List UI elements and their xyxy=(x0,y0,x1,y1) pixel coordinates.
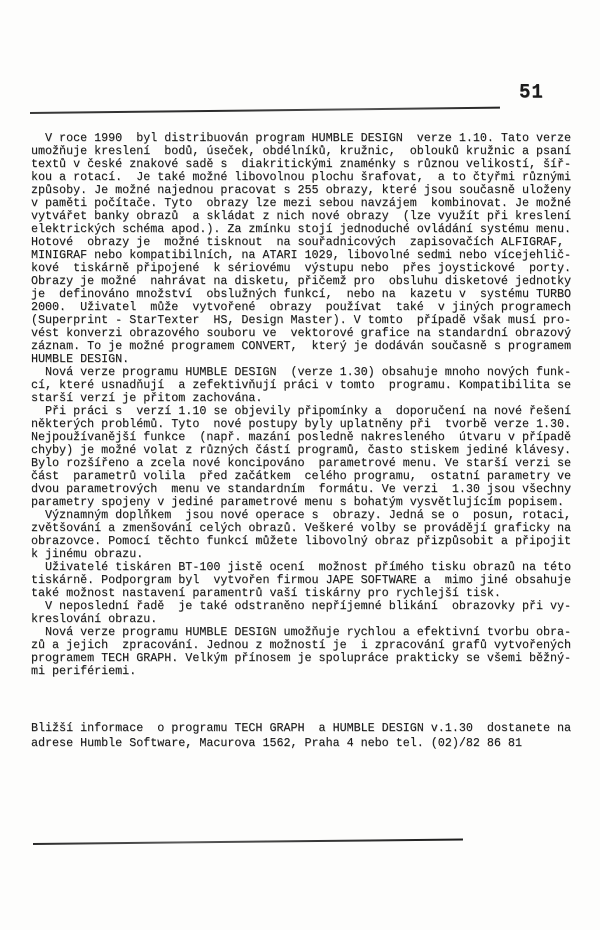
top-horizontal-rule xyxy=(30,107,500,114)
bottom-horizontal-rule xyxy=(33,838,463,845)
scanned-document-page: 51 V roce 1990 byl distribuován program … xyxy=(0,0,600,930)
footer-contact-text: Bližší informace o programu TECH GRAPH a… xyxy=(31,721,591,751)
body-text: V roce 1990 byl distribuován program HUM… xyxy=(31,132,591,678)
page-number: 51 xyxy=(519,80,544,104)
